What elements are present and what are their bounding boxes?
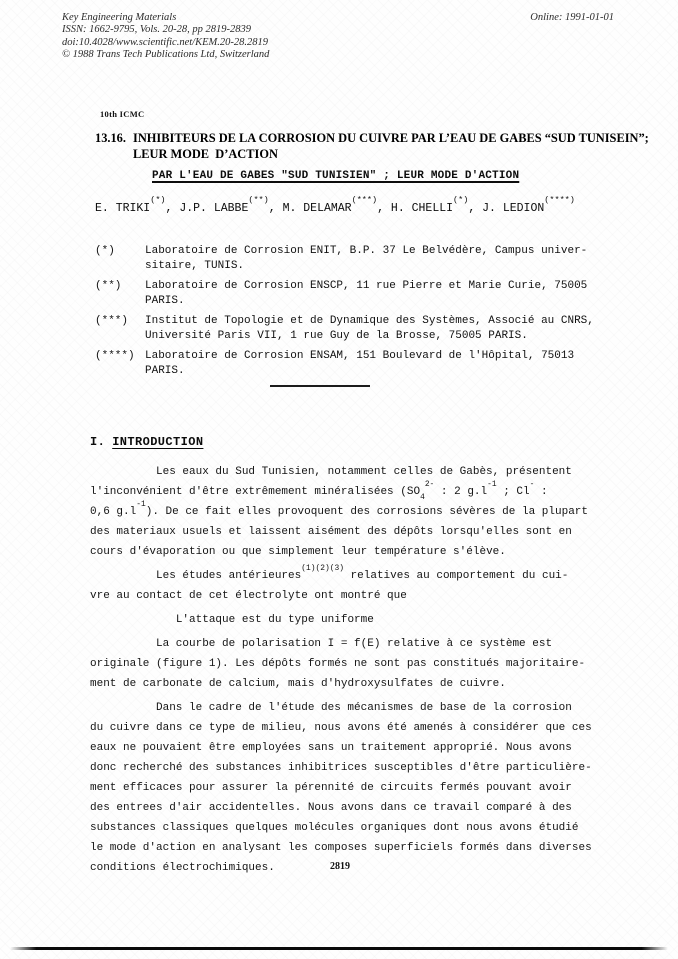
section-number: I. — [90, 435, 105, 449]
document-page: Key Engineering MaterialsISSN: 1662-9795… — [0, 0, 678, 959]
separator-rule — [270, 385, 370, 387]
authors-line: E. TRIKI(*), J.P. LABBE(**), M. DELAMAR(… — [95, 202, 575, 215]
affiliation-text: Institut de Topologie et de Dynamique de… — [145, 314, 615, 344]
affiliation-row: (**) Laboratoire de Corrosion ENSCP, 11 … — [95, 279, 615, 309]
affiliation-marker: (*) — [95, 244, 145, 274]
affiliation-row: (****) Laboratoire de Corrosion ENSAM, 1… — [95, 349, 615, 379]
paper-subtitle: PAR L'EAU DE GABES "SUD TUNISIEN" ; LEUR… — [152, 170, 519, 182]
affiliations-list: (*) Laboratoire de Corrosion ENIT, B.P. … — [95, 244, 615, 384]
affiliation-text: Laboratoire de Corrosion ENIT, B.P. 37 L… — [145, 244, 615, 274]
paper-title-block: 13.16. INHIBITEURS DE LA CORROSION DU CU… — [95, 131, 649, 162]
page-number: 2819 — [90, 861, 590, 872]
affiliation-text: Laboratoire de Corrosion ENSAM, 151 Boul… — [145, 349, 615, 379]
affiliation-marker: (***) — [95, 314, 145, 344]
paper-number: 13.16. — [95, 131, 133, 162]
affiliation-marker: (****) — [95, 349, 145, 379]
body-text: Les eaux du Sud Tunisien, notamment cell… — [90, 462, 635, 882]
conference-tag: 10th ICMC — [100, 109, 145, 119]
journal-metadata: Key Engineering MaterialsISSN: 1662-9795… — [62, 12, 269, 61]
page-edge-line — [10, 947, 668, 950]
affiliation-row: (***) Institut de Topologie et de Dynami… — [95, 314, 615, 344]
paper-title: INHIBITEURS DE LA CORROSION DU CUIVRE PA… — [133, 131, 649, 162]
online-date: Online: 1991-01-01 — [530, 12, 614, 23]
affiliation-row: (*) Laboratoire de Corrosion ENIT, B.P. … — [95, 244, 615, 274]
affiliation-text: Laboratoire de Corrosion ENSCP, 11 rue P… — [145, 279, 615, 309]
section-title: INTRODUCTION — [112, 435, 203, 449]
section-heading: I.INTRODUCTION — [90, 435, 203, 449]
affiliation-marker: (**) — [95, 279, 145, 309]
